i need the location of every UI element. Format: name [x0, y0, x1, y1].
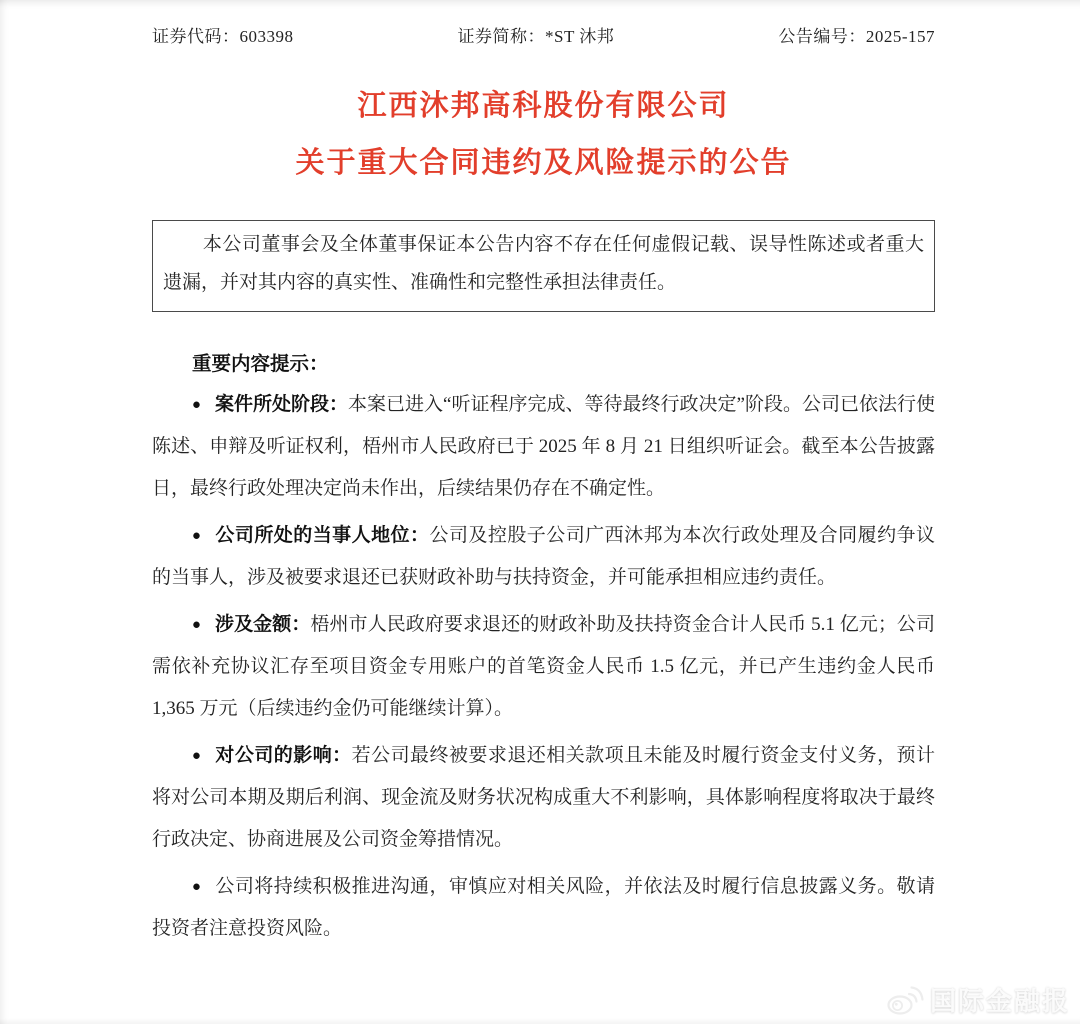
bullet-label: 公司所处的当事人地位： [215, 525, 429, 546]
announcement-page: 证券代码：603398 证券简称：*ST 沐邦 公告编号：2025-157 江西… [0, 0, 1080, 1024]
stock-code: 证券代码：603398 [152, 22, 294, 47]
announcement-number: 公告编号：2025-157 [778, 22, 935, 47]
stock-abbr: 证券简称：*ST 沐邦 [458, 22, 615, 47]
bullet-icon: ● [192, 879, 202, 895]
disclaimer-text: 本公司董事会及全体董事保证本公告内容不存在任何虚假记载、误导性陈述或者重大遗漏，… [163, 226, 924, 302]
bullet-label: 案件所处阶段： [215, 394, 348, 415]
body-text: ●案件所处阶段：本案已进入“听证程序完成、等待最终行政决定”阶段。公司已依法行使… [152, 384, 935, 950]
section-heading: 重要内容提示： [152, 348, 935, 376]
bullet-paragraph-amount: ●涉及金额：梧州市人民政府要求退还的财政补助及扶持资金合计人民币 5.1 亿元；… [152, 604, 935, 730]
disclaimer-box: 本公司董事会及全体董事保证本公告内容不存在任何虚假记载、误导性陈述或者重大遗漏，… [152, 220, 935, 312]
bullet-paragraph-impact: ●对公司的影响：若公司最终被要求退还相关款项且未能及时履行资金支付义务，预计将对… [152, 735, 935, 861]
bullet-paragraph-party-status: ●公司所处的当事人地位：公司及控股子公司广西沐邦为本次行政处理及合同履约争议的当… [152, 515, 935, 599]
bullet-label: 涉及金额： [215, 614, 310, 635]
bullet-label: 对公司的影响： [215, 745, 351, 766]
bullet-icon: ● [192, 528, 202, 544]
document-header: 证券代码：603398 证券简称：*ST 沐邦 公告编号：2025-157 [152, 22, 935, 47]
bullet-icon: ● [192, 748, 202, 764]
title-line-2: 关于重大合同违约及风险提示的公告 [152, 148, 935, 178]
title-line-1: 江西沐邦高科股份有限公司 [152, 91, 935, 121]
bullet-text: 公司将持续积极推进沟通，审慎应对相关风险，并依法及时履行信息披露义务。敬请投资者… [152, 876, 935, 939]
bullet-paragraph-case-stage: ●案件所处阶段：本案已进入“听证程序完成、等待最终行政决定”阶段。公司已依法行使… [152, 384, 935, 510]
bullet-paragraph-risk-notice: ●公司将持续积极推进沟通，审慎应对相关风险，并依法及时履行信息披露义务。敬请投资… [152, 866, 935, 950]
bullet-icon: ● [192, 617, 201, 633]
bullet-icon: ● [192, 397, 201, 413]
weibo-icon [886, 984, 924, 1016]
watermark-text: 国际金融报 [930, 981, 1070, 1018]
document-title: 江西沐邦高科股份有限公司 关于重大合同违约及风险提示的公告 [152, 91, 935, 178]
watermark: 国际金融报 [886, 981, 1070, 1018]
